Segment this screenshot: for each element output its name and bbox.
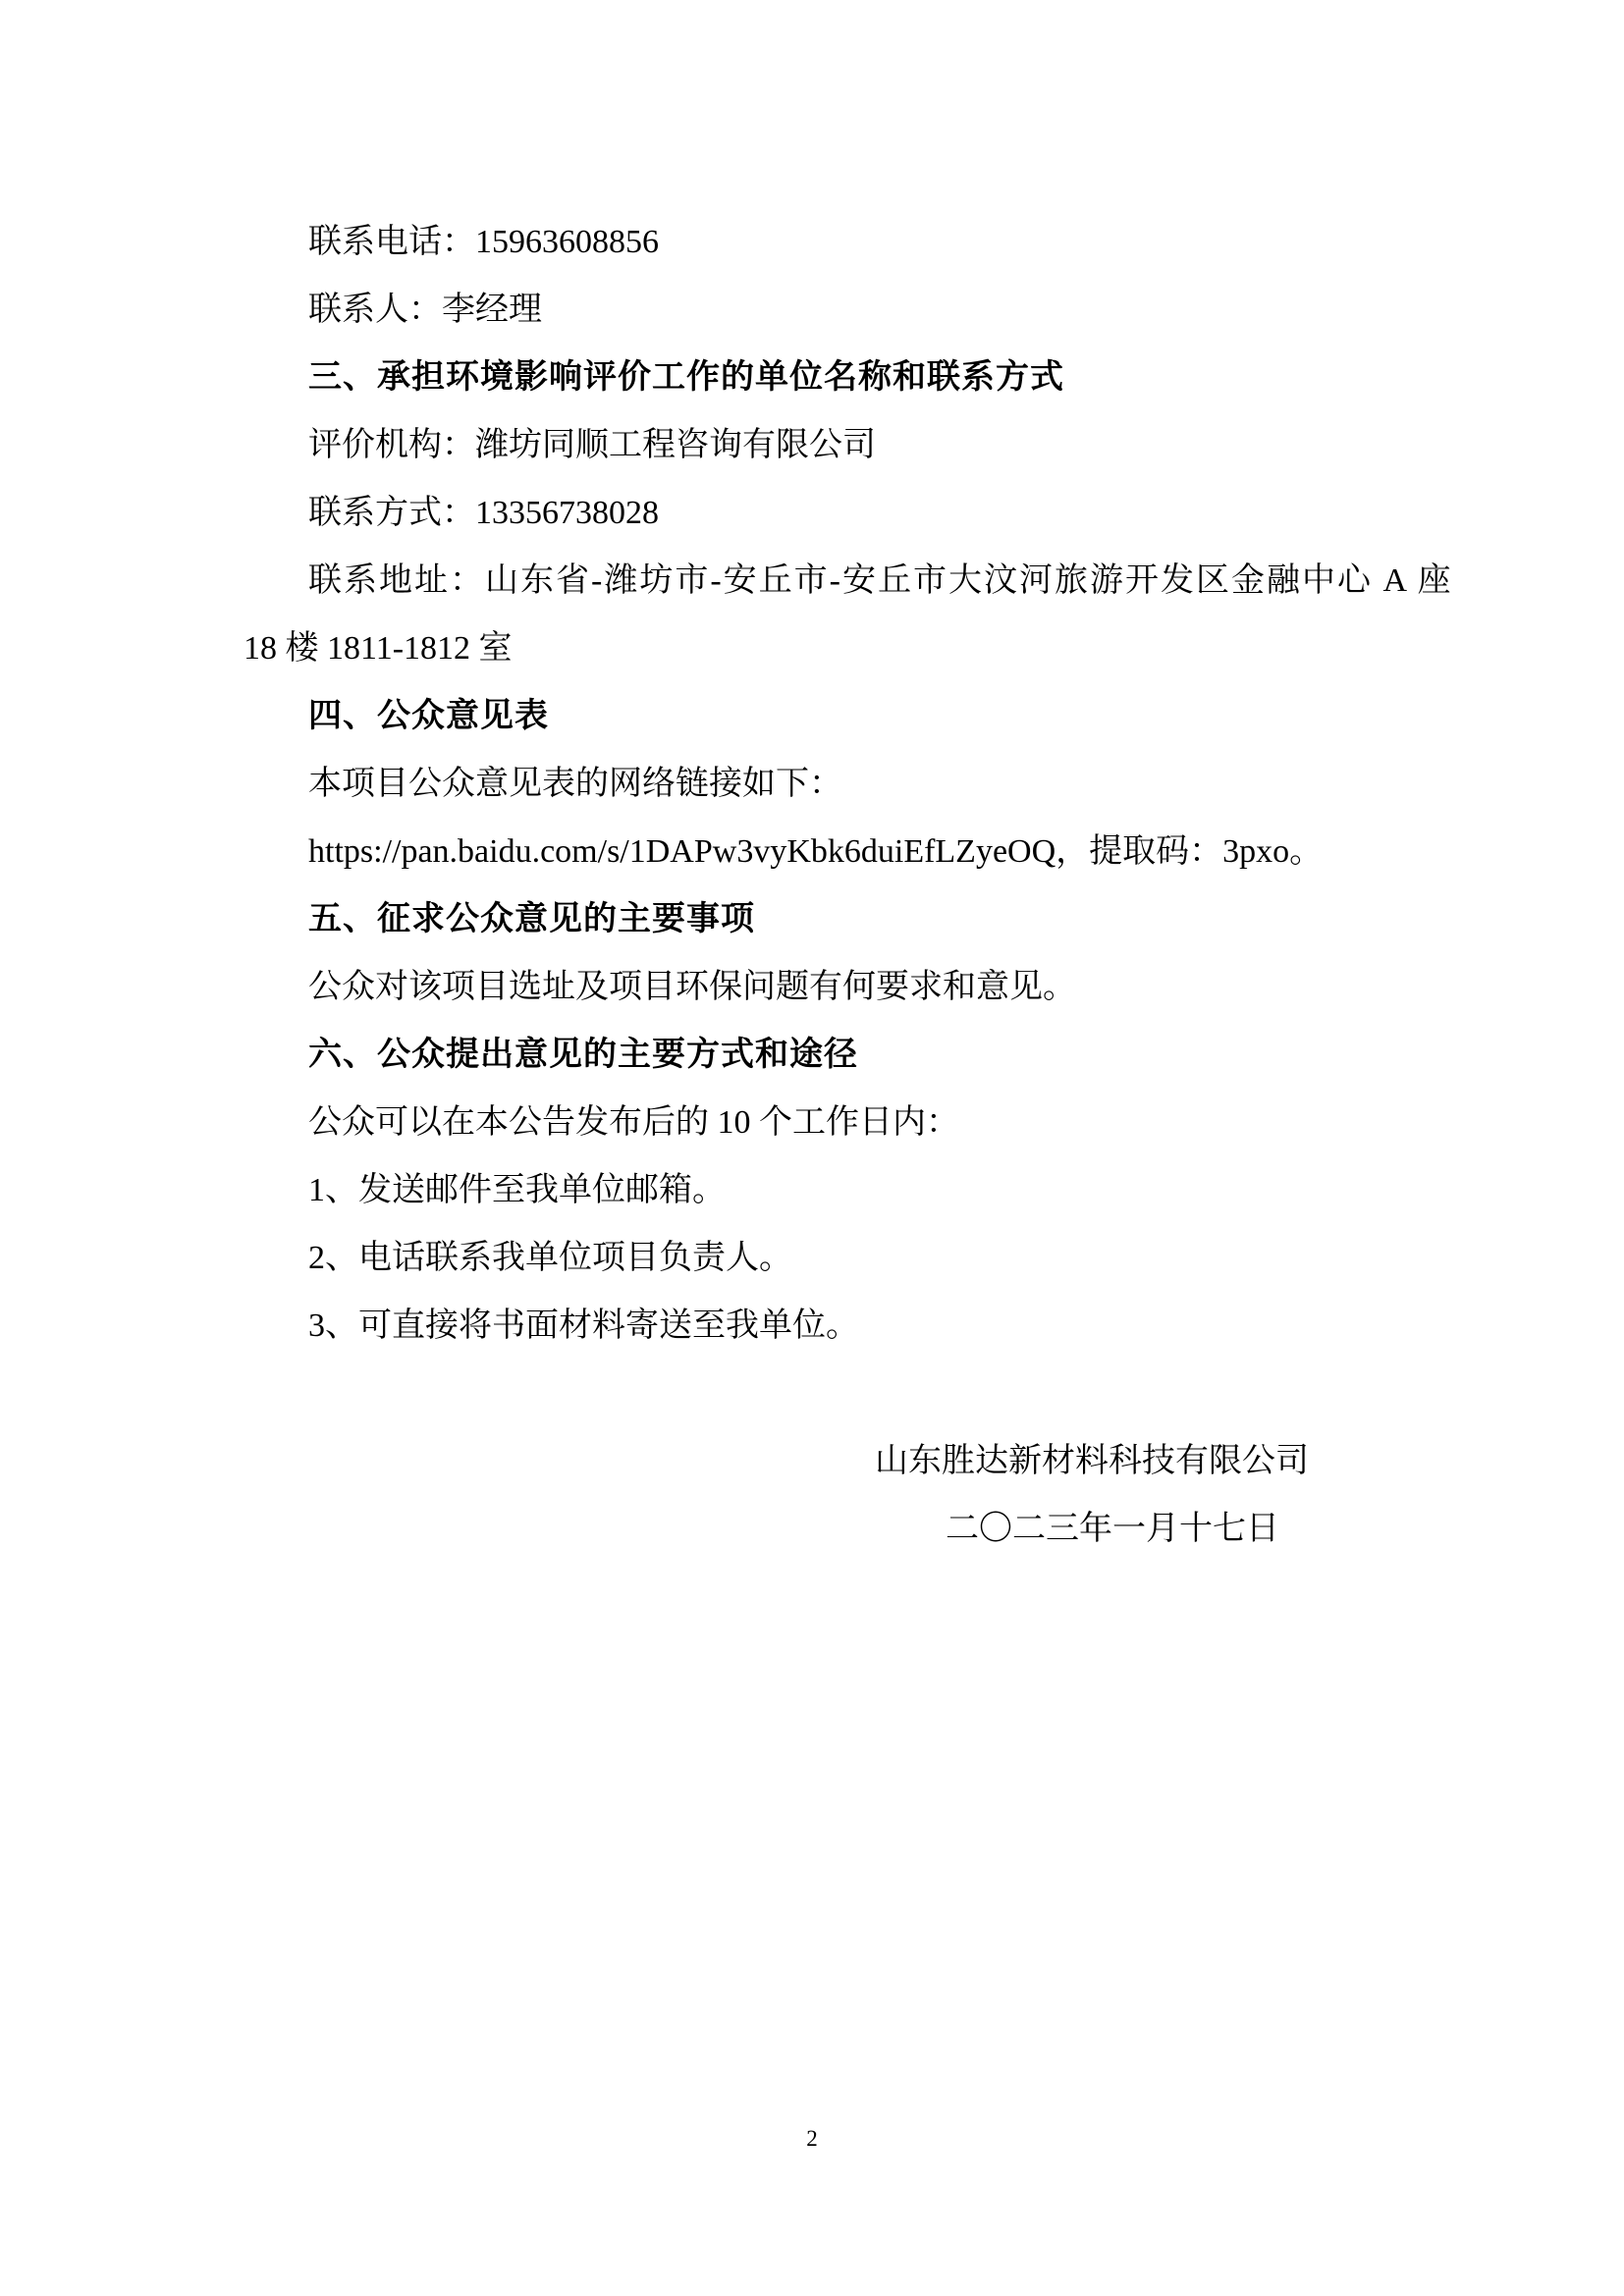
- line-contact-address-continued: 18 楼 1811-1812 室: [244, 614, 1380, 682]
- line-feedback-intro: 公众可以在本公告发布后的 10 个工作日内：: [244, 1089, 1380, 1156]
- line-feedback-item-3: 3、可直接将书面材料寄送至我单位。: [244, 1292, 1380, 1360]
- heading-section-6: 六、公众提出意见的主要方式和途径: [244, 1021, 1380, 1089]
- heading-section-3: 三、承担环境影响评价工作的单位名称和联系方式: [244, 344, 1380, 411]
- signature-block: 山东胜达新材料科技有限公司 二〇二三年一月十七日: [244, 1427, 1380, 1563]
- line-contact-phone: 联系电话：15963608856: [244, 208, 1380, 276]
- line-feedback-item-2: 2、电话联系我单位项目负责人。: [244, 1224, 1380, 1292]
- heading-section-5: 五、征求公众意见的主要事项: [244, 885, 1380, 953]
- heading-section-4: 四、公众意见表: [244, 682, 1380, 750]
- blank-line: [244, 1360, 1380, 1427]
- signature-company: 山东胜达新材料科技有限公司: [244, 1427, 1309, 1495]
- document-body: 联系电话：15963608856 联系人：李经理 三、承担环境影响评价工作的单位…: [244, 208, 1380, 1563]
- line-form-link-intro: 本项目公众意见表的网络链接如下：: [244, 750, 1380, 818]
- line-opinion-scope: 公众对该项目选址及项目环保问题有何要求和意见。: [244, 953, 1380, 1021]
- signature-date: 二〇二三年一月十七日: [244, 1495, 1279, 1563]
- line-contact-method: 联系方式：13356738028: [244, 479, 1380, 547]
- page-number: 2: [0, 2125, 1624, 2153]
- line-contact-address: 联系地址：山东省-潍坊市-安丘市-安丘市大汶河旅游开发区金融中心 A 座: [244, 547, 1380, 614]
- line-contact-person: 联系人：李经理: [244, 276, 1380, 344]
- document-page: 联系电话：15963608856 联系人：李经理 三、承担环境影响评价工作的单位…: [0, 0, 1624, 2296]
- line-feedback-item-1: 1、发送邮件至我单位邮箱。: [244, 1156, 1380, 1224]
- line-eval-agency: 评价机构：潍坊同顺工程咨询有限公司: [244, 411, 1380, 479]
- line-form-link-url: https://pan.baidu.com/s/1DAPw3vyKbk6duiE…: [244, 818, 1380, 885]
